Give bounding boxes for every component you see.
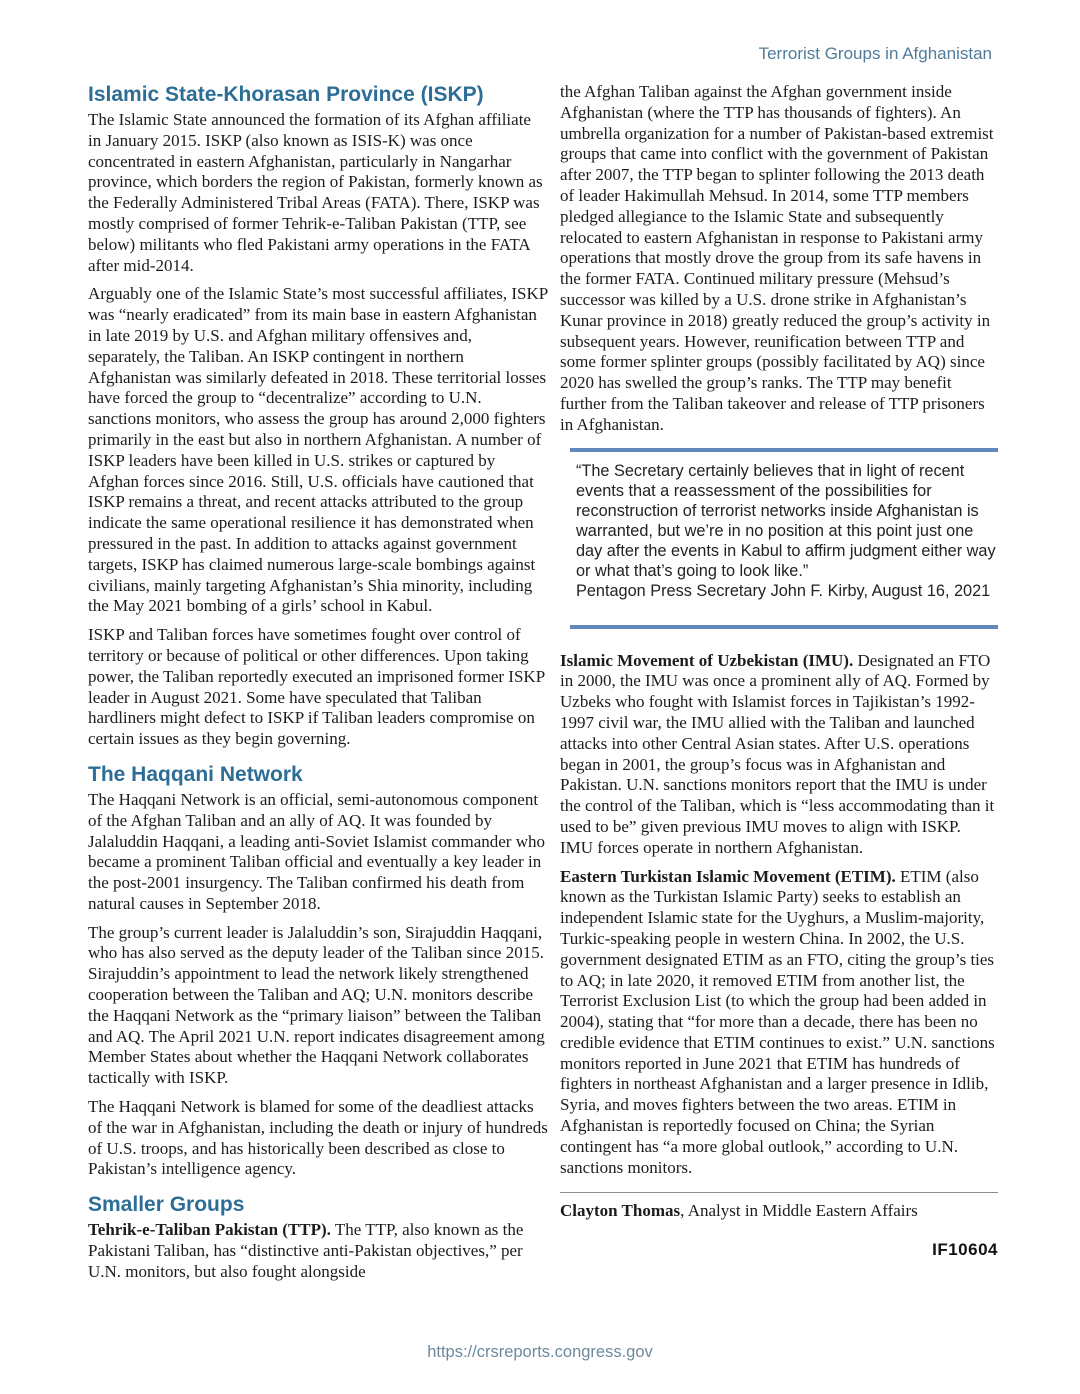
- ttp-runin-heading: Tehrik-e-Taliban Pakistan (TTP).: [88, 1220, 331, 1239]
- right-column: the Afghan Taliban against the Afghan go…: [560, 82, 998, 1291]
- paragraph-ttp: Tehrik-e-Taliban Pakistan (TTP). The TTP…: [88, 1220, 548, 1282]
- imu-runin-heading: Islamic Movement of Uzbekistan (IMU).: [560, 651, 853, 670]
- section-heading-haqqani: The Haqqani Network: [88, 762, 548, 787]
- paragraph-haqqani-2: The group’s current leader is Jalaluddin…: [88, 923, 548, 1089]
- document-page: Terrorist Groups in Afghanistan Islamic …: [0, 0, 1080, 1394]
- section-heading-iskp: Islamic State-Khorasan Province (ISKP): [88, 82, 548, 107]
- imu-paragraph-text: Designated an FTO in 2000, the IMU was o…: [560, 651, 994, 857]
- two-column-layout: Islamic State-Khorasan Province (ISKP) T…: [88, 82, 998, 1291]
- paragraph-haqqani-1: The Haqqani Network is an official, semi…: [88, 790, 548, 915]
- author-name: Clayton Thomas: [560, 1201, 680, 1220]
- paragraph-etim: Eastern Turkistan Islamic Movement (ETIM…: [560, 867, 998, 1179]
- paragraph-iskp-1: The Islamic State announced the formatio…: [88, 110, 548, 276]
- paragraph-iskp-2: Arguably one of the Islamic State’s most…: [88, 284, 548, 617]
- running-header: Terrorist Groups in Afghanistan: [759, 44, 992, 64]
- etim-runin-heading: Eastern Turkistan Islamic Movement (ETIM…: [560, 867, 896, 886]
- footer-url-link[interactable]: https://crsreports.congress.gov: [427, 1343, 653, 1361]
- footer: https://crsreports.congress.gov: [0, 1343, 1080, 1362]
- pull-quote-box: “The Secretary certainly believes that i…: [570, 448, 998, 629]
- author-divider: [560, 1192, 998, 1193]
- section-heading-smaller-groups: Smaller Groups: [88, 1192, 548, 1217]
- paragraph-ttp-continued: the Afghan Taliban against the Afghan go…: [560, 82, 998, 436]
- author-title: , Analyst in Middle Eastern Affairs: [680, 1201, 918, 1220]
- etim-paragraph-text: ETIM (also known as the Turkistan Islami…: [560, 867, 995, 1177]
- quote-text: “The Secretary certainly believes that i…: [576, 461, 998, 581]
- quote-attribution: Pentagon Press Secretary John F. Kirby, …: [576, 581, 998, 601]
- paragraph-haqqani-3: The Haqqani Network is blamed for some o…: [88, 1097, 548, 1180]
- left-column: Islamic State-Khorasan Province (ISKP) T…: [88, 82, 548, 1291]
- paragraph-iskp-3: ISKP and Taliban forces have sometimes f…: [88, 625, 548, 750]
- paragraph-imu: Islamic Movement of Uzbekistan (IMU). De…: [560, 651, 998, 859]
- author-line: Clayton Thomas, Analyst in Middle Easter…: [560, 1201, 998, 1222]
- document-id: IF10604: [560, 1240, 998, 1260]
